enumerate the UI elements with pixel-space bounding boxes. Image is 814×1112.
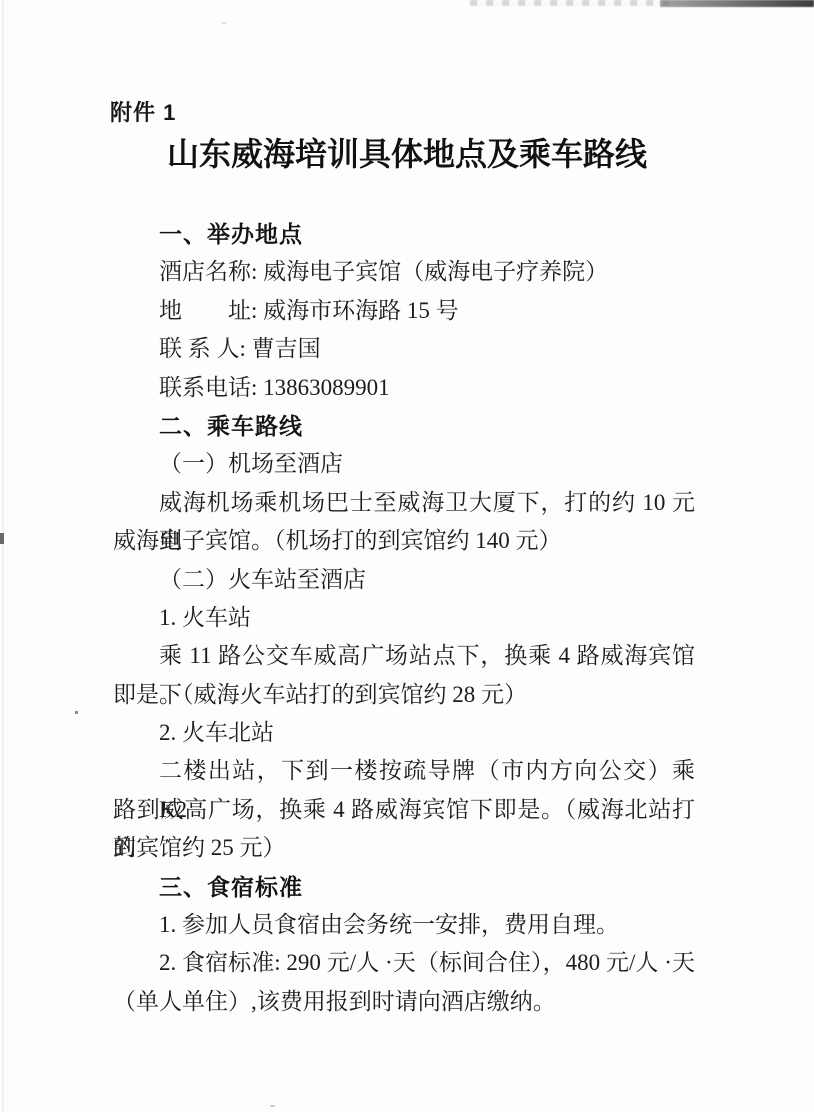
north-station-line-2: 路到威高广场，换乘 4 路威海宾馆下即是。（威海北站打的: [113, 791, 695, 829]
section-heading-routes: 二、乘车路线: [113, 407, 695, 445]
north-station-line-3: 到宾馆约 25 元）: [113, 829, 695, 867]
section-heading-accommodation: 三、食宿标准: [113, 868, 695, 906]
subheading-railway-route: （二）火车站至酒店: [113, 561, 695, 599]
hotel-name-line: 酒店名称: 威海电子宾馆（威海电子疗养院）: [113, 253, 695, 291]
scan-speck: [270, 1105, 275, 1107]
main-station-line-2: 即是。（威海火车站打的到宾馆约 28 元）: [113, 676, 695, 714]
contact-phone-line: 联系电话: 13863089901: [113, 369, 695, 407]
north-station-line-1: 二楼出站，下到一楼按疏导牌（市内方向公交）乘 K2: [113, 752, 695, 790]
scan-left-tick-mark: [0, 533, 4, 544]
accommodation-line-2: 2. 食宿标准: 290 元/人 ·天（标间合住），480 元/人 ·天: [113, 944, 695, 982]
scan-smudge-top-light: [470, 0, 675, 6]
accommodation-line-1: 1. 参加人员食宿由会务统一安排，费用自理。: [113, 906, 695, 944]
subheading-airport-route: （一）机场至酒店: [113, 445, 695, 483]
airport-route-line-1: 威海机场乘机场巴士至威海卫大厦下，打的约 10 元到: [113, 484, 695, 522]
address-line: 地 址: 威海市环海路 15 号: [113, 292, 695, 330]
document-body: 一、举办地点 酒店名称: 威海电子宾馆（威海电子疗养院） 地 址: 威海市环海路…: [113, 215, 695, 1021]
accommodation-line-3: （单人单住）,该费用报到时请向酒店缴纳。: [113, 983, 695, 1021]
attachment-label: 附件 1: [110, 96, 176, 127]
airport-route-line-2: 威海电子宾馆。（机场打的到宾馆约 140 元）: [113, 522, 695, 560]
scan-smudge-top-dark: [660, 0, 814, 7]
section-heading-venue: 一、举办地点: [113, 215, 695, 253]
scan-speck: [75, 711, 78, 714]
document-page: 附件 1 山东威海培训具体地点及乘车路线 一、举办地点 酒店名称: 威海电子宾馆…: [0, 0, 814, 1112]
item-north-station: 2. 火车北站: [113, 714, 695, 752]
main-station-line-1: 乘 11 路公交车威高广场站点下，换乘 4 路威海宾馆下: [113, 637, 695, 675]
contact-person-line: 联 系 人: 曹吉国: [113, 330, 695, 368]
scan-speck: [222, 22, 226, 24]
item-main-station: 1. 火车站: [113, 599, 695, 637]
page-title: 山东威海培训具体地点及乘车路线: [0, 129, 814, 175]
